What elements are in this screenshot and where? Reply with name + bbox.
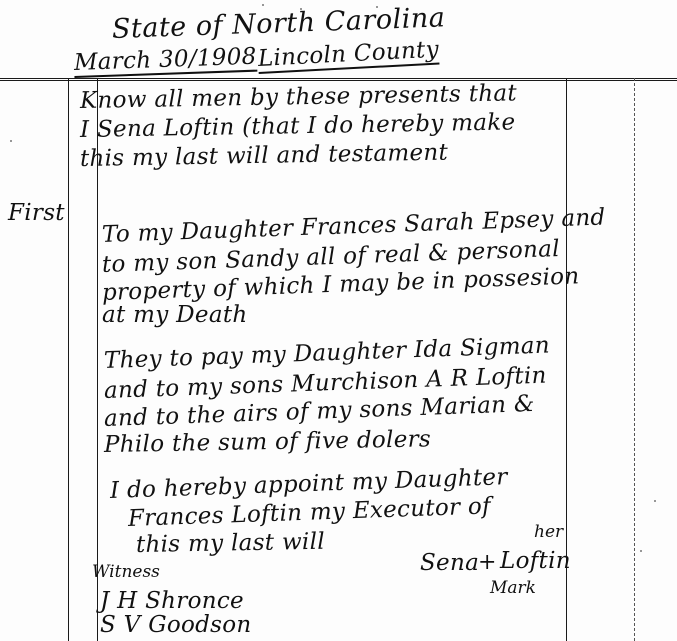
left-margin-rule (68, 78, 69, 641)
scan-speck (262, 4, 264, 6)
first-line-4: at my Death (102, 302, 248, 328)
signature-mark-label: Mark (490, 578, 536, 598)
signature-last-name: Loftin (500, 548, 571, 574)
preamble-line-1: Know all men by these presents that (80, 80, 517, 114)
header-rule (0, 78, 677, 81)
scan-speck (640, 550, 642, 552)
second-line-4: Philo the sum of five dolers (104, 426, 431, 458)
executor-line-3: this my last will (136, 529, 325, 558)
witness-label: Witness (92, 562, 160, 582)
preamble-line-2: I Sena Loftin (that I do hereby make (80, 109, 516, 143)
signature-first-name: Sena (420, 550, 479, 576)
record-date: March 30/1908 (74, 44, 258, 78)
scan-speck (300, 8, 302, 10)
preamble-line-3: this my last will and testament (80, 140, 448, 172)
county-name: Lincoln County (257, 37, 439, 74)
right-outer-rule (634, 78, 635, 641)
scan-speck (654, 500, 656, 502)
margin-label-first: First (8, 200, 65, 226)
signature-mark-cross: + (478, 550, 496, 575)
scan-speck (10, 140, 12, 142)
scan-speck (376, 6, 378, 8)
signature-her: her (534, 522, 563, 542)
witness-name-1: J H Shronce (100, 588, 244, 614)
witness-name-2: S V Goodson (100, 612, 252, 638)
document-page: State of North Carolina March 30/1908 Li… (0, 0, 677, 641)
